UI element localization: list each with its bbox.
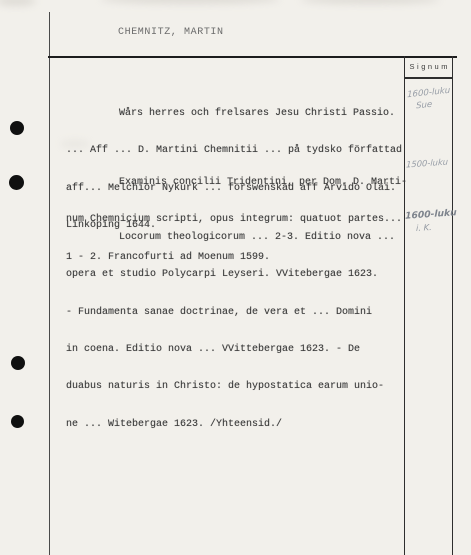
entry-line: in coena. Editio nova ... VVittebergae 1…	[66, 344, 412, 356]
signum-annotation-handwritten: 1500-luku	[406, 156, 448, 171]
signum-annotation-handwritten: 1600-luku Sue	[407, 85, 450, 114]
scan-smudge	[300, 0, 440, 4]
entry-line: duabus naturis in Christo: de hypostatic…	[66, 381, 412, 393]
scan-smudge	[0, 0, 36, 6]
catalog-card-scan: CHEMNITZ, MARTIN Signum Wårs herres och …	[0, 0, 471, 555]
card-left-edge-line	[49, 12, 50, 555]
catalog-entry: Locorum theologicorum ... 2-3. Editio no…	[66, 207, 412, 456]
signum-column-right-line	[452, 56, 453, 555]
card-top-rule	[48, 56, 457, 58]
signum-header-underline	[404, 77, 453, 79]
punch-hole	[9, 175, 24, 190]
signum-annotation-handwritten: 1600-luku i. K.	[405, 207, 457, 235]
entry-line: Wårs herres och frelsares Jesu Christi P…	[66, 108, 412, 120]
entry-line: Examinis concilii Tridentini, per Dom. D…	[66, 177, 412, 189]
scan-smudge	[100, 0, 280, 4]
punch-hole	[11, 415, 24, 428]
punch-hole	[11, 356, 25, 370]
annotation-line: 1500-luku	[406, 156, 448, 171]
punch-hole	[10, 121, 24, 135]
entry-line: ne ... Witebergae 1623. /Yhteensid./	[66, 419, 412, 431]
entry-line: opera et studio Polycarpi Leyseri. VVite…	[66, 269, 412, 281]
card-heading: CHEMNITZ, MARTIN	[118, 27, 224, 38]
entry-line: - Fundamenta sanae doctrinae, de vera et…	[66, 307, 412, 319]
signum-column-header: Signum	[404, 62, 453, 71]
entry-line: Locorum theologicorum ... 2-3. Editio no…	[66, 232, 412, 244]
